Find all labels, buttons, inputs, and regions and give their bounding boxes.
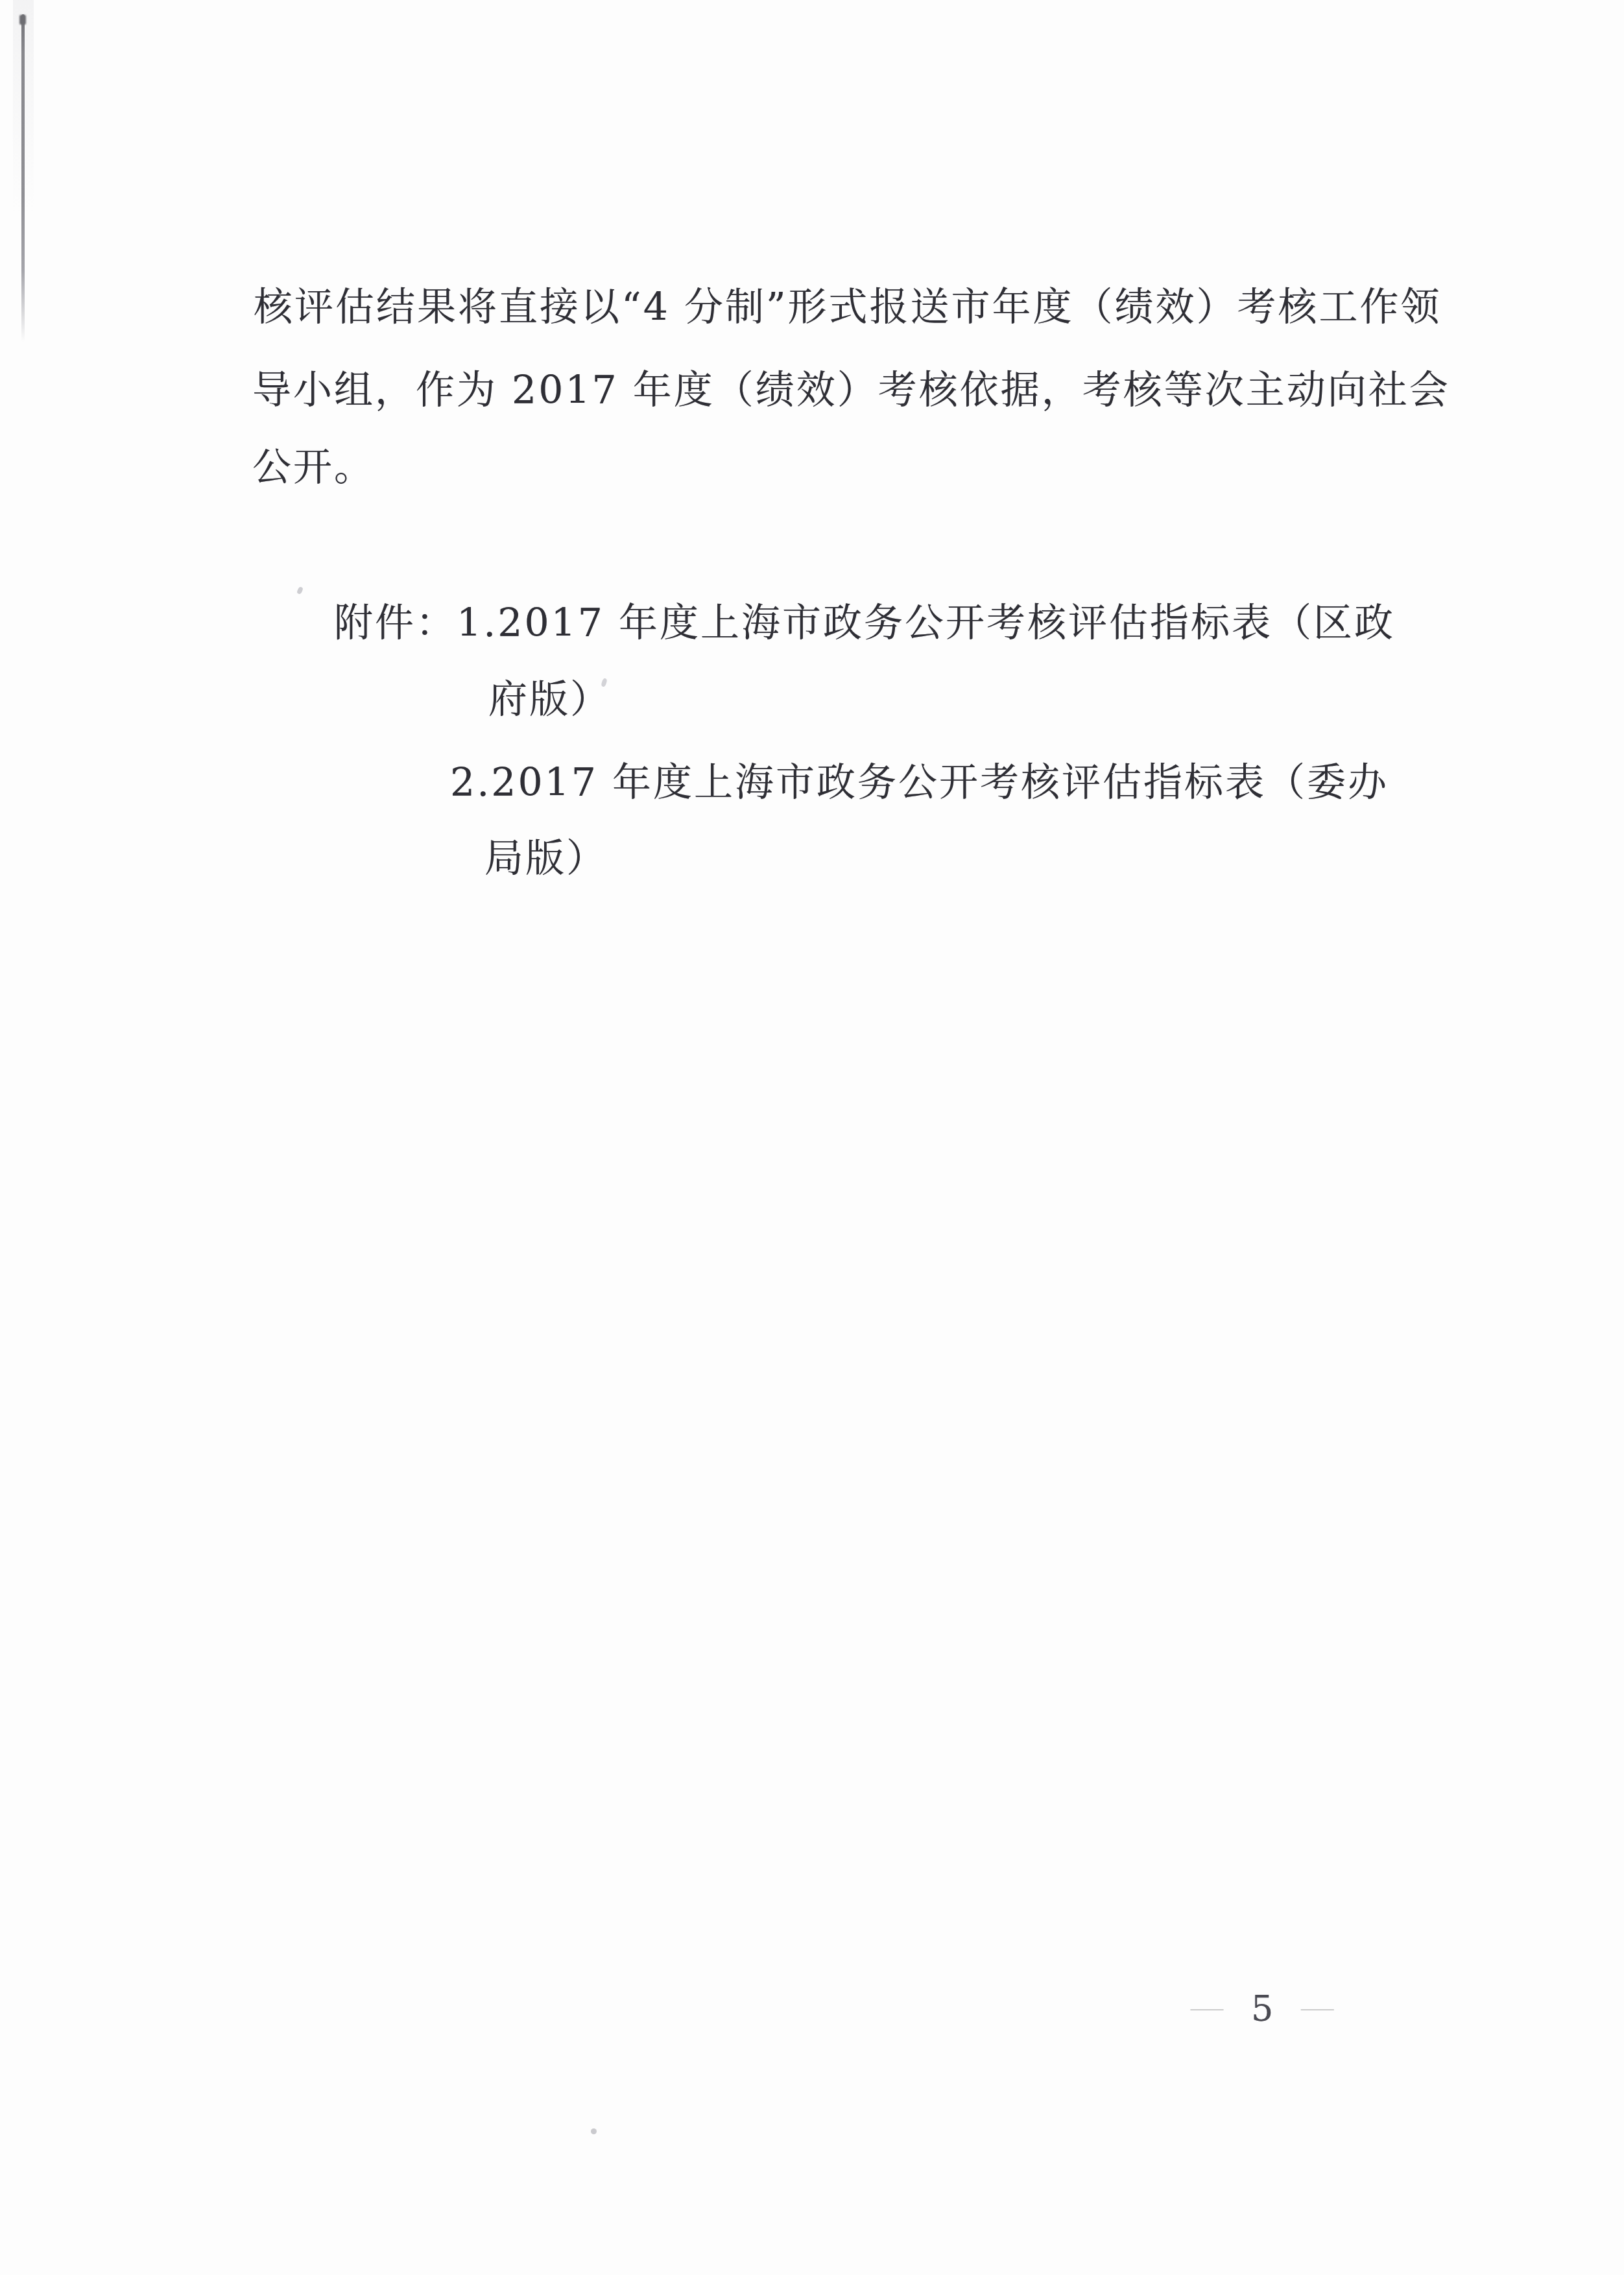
footer-dash-right: — xyxy=(1299,2000,1335,2018)
page-number: 5 xyxy=(1251,1992,1273,2027)
document-page: 核评估结果将直接以“4 分制”形式报送市年度（绩效）考核工作领 导小组，作为 2… xyxy=(0,0,1624,2275)
scan-speck xyxy=(591,2128,597,2134)
scan-speck xyxy=(296,586,304,595)
paragraph-line-1: 核评估结果将直接以“4 分制”形式报送市年度（绩效）考核工作领 xyxy=(254,286,1442,329)
paragraph-line-2: 导小组，作为 2017 年度（绩效）考核依据，考核等次主动向社会 xyxy=(252,369,1450,412)
footer-dash-left: — xyxy=(1189,2000,1225,2018)
attachment-line-1-continuation: 府版） xyxy=(488,678,611,721)
attachment-line-1: 附件：1.2017 年度上海市政务公开考核评估指标表（区政 xyxy=(334,602,1395,645)
paragraph-line-3: 公开。 xyxy=(252,446,375,489)
page-footer: — 5 — xyxy=(1189,1991,1335,2027)
scan-artifact-line xyxy=(21,14,25,342)
attachment-line-2-continuation: 局版） xyxy=(484,837,607,880)
scan-artifact-line-cap xyxy=(19,15,26,25)
attachment-line-2: 2.2017 年度上海市政务公开考核评估指标表（委办 xyxy=(450,761,1389,804)
